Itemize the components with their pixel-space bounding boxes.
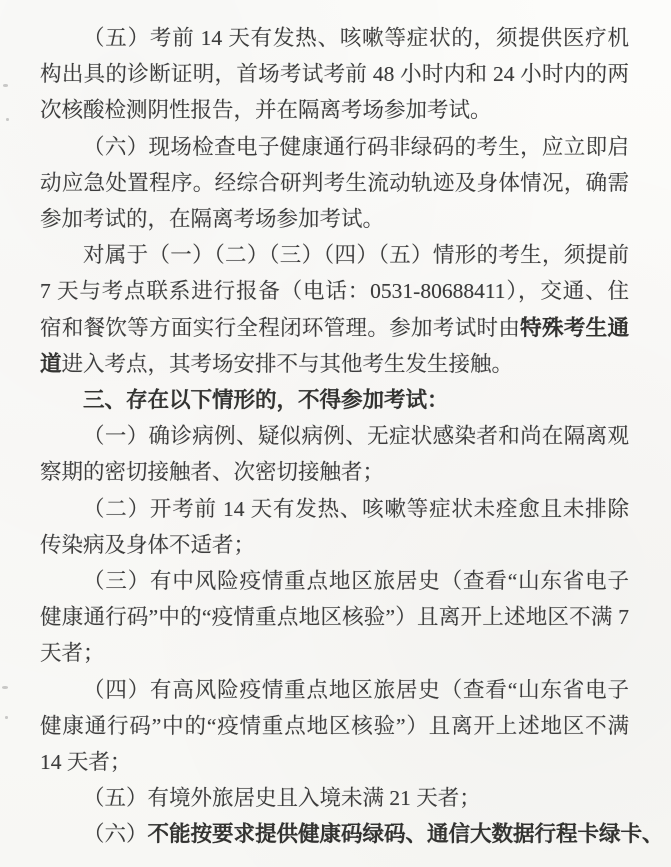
- scan-speck: [3, 84, 8, 87]
- scan-speck: [6, 118, 9, 121]
- list-item-1: （一）确诊病例、疑似病例、无症状感染者和尚在隔离观察期的密切接触者、次密切接触者…: [40, 418, 629, 490]
- paragraph-item-5-symptoms: （五）考前 14 天有发热、咳嗽等症状的，须提供医疗机构出具的诊断证明，首场考试…: [40, 20, 629, 129]
- paragraph-report-requirement: 对属于（一）（二）（三）（四）（五）情形的考生，须提前 7 天与考点联系进行报备…: [40, 237, 629, 382]
- list-item-text: （五）有境外旅居史且入境未满 21 天者；: [83, 786, 481, 810]
- scan-speck: [5, 716, 8, 719]
- paragraph-text: （六）现场检查电子健康通行码非绿码的考生，应立即启动应急处置程序。经综合研判考生…: [40, 135, 629, 231]
- list-item-text: （四）有高风险疫情重点地区旅居史（查看“山东省电子健康通行码”中的“疫情重点地区…: [40, 678, 629, 774]
- scan-speck: [2, 686, 8, 689]
- list-item-text: （一）确诊病例、疑似病例、无症状感染者和尚在隔离观察期的密切接触者、次密切接触者…: [40, 424, 629, 484]
- paragraph-item-6-non-green-code: （六）现场检查电子健康通行码非绿码的考生，应立即启动应急处置程序。经综合研判考生…: [40, 129, 629, 238]
- list-item-5: （五）有境外旅居史且入境未满 21 天者；: [40, 780, 629, 816]
- list-item-6: （六）不能按要求提供健康码绿码、通信大数据行程卡绿卡、: [40, 816, 629, 852]
- list-item-number: （六）: [83, 822, 148, 846]
- paragraph-text: （五）考前 14 天有发热、咳嗽等症状的，须提供医疗机构出具的诊断证明，首场考试…: [40, 26, 629, 122]
- list-item-text: （二）开考前 14 天有发热、咳嗽等症状未痊愈且未排除传染病及身体不适者；: [40, 497, 629, 557]
- list-item-text: （三）有中风险疫情重点地区旅居史（查看“山东省电子健康通行码”中的“疫情重点地区…: [40, 569, 629, 665]
- document-page: （五）考前 14 天有发热、咳嗽等症状的，须提供医疗机构出具的诊断证明，首场考试…: [40, 20, 629, 853]
- paragraph-text: 进入考点，其考场安排不与其他考生发生接触。: [62, 352, 514, 376]
- list-item-2: （二）开考前 14 天有发热、咳嗽等症状未痊愈且未排除传染病及身体不适者；: [40, 491, 629, 563]
- section-heading-3: 三、存在以下情形的，不得参加考试：: [40, 382, 629, 418]
- section-heading-text: 三、存在以下情形的，不得参加考试：: [83, 388, 449, 412]
- list-item-4: （四）有高风险疫情重点地区旅居史（查看“山东省电子健康通行码”中的“疫情重点地区…: [40, 672, 629, 781]
- bold-run-item-6: 不能按要求提供健康码绿码、通信大数据行程卡绿卡、: [148, 822, 664, 846]
- list-item-3: （三）有中风险疫情重点地区旅居史（查看“山东省电子健康通行码”中的“疫情重点地区…: [40, 563, 629, 672]
